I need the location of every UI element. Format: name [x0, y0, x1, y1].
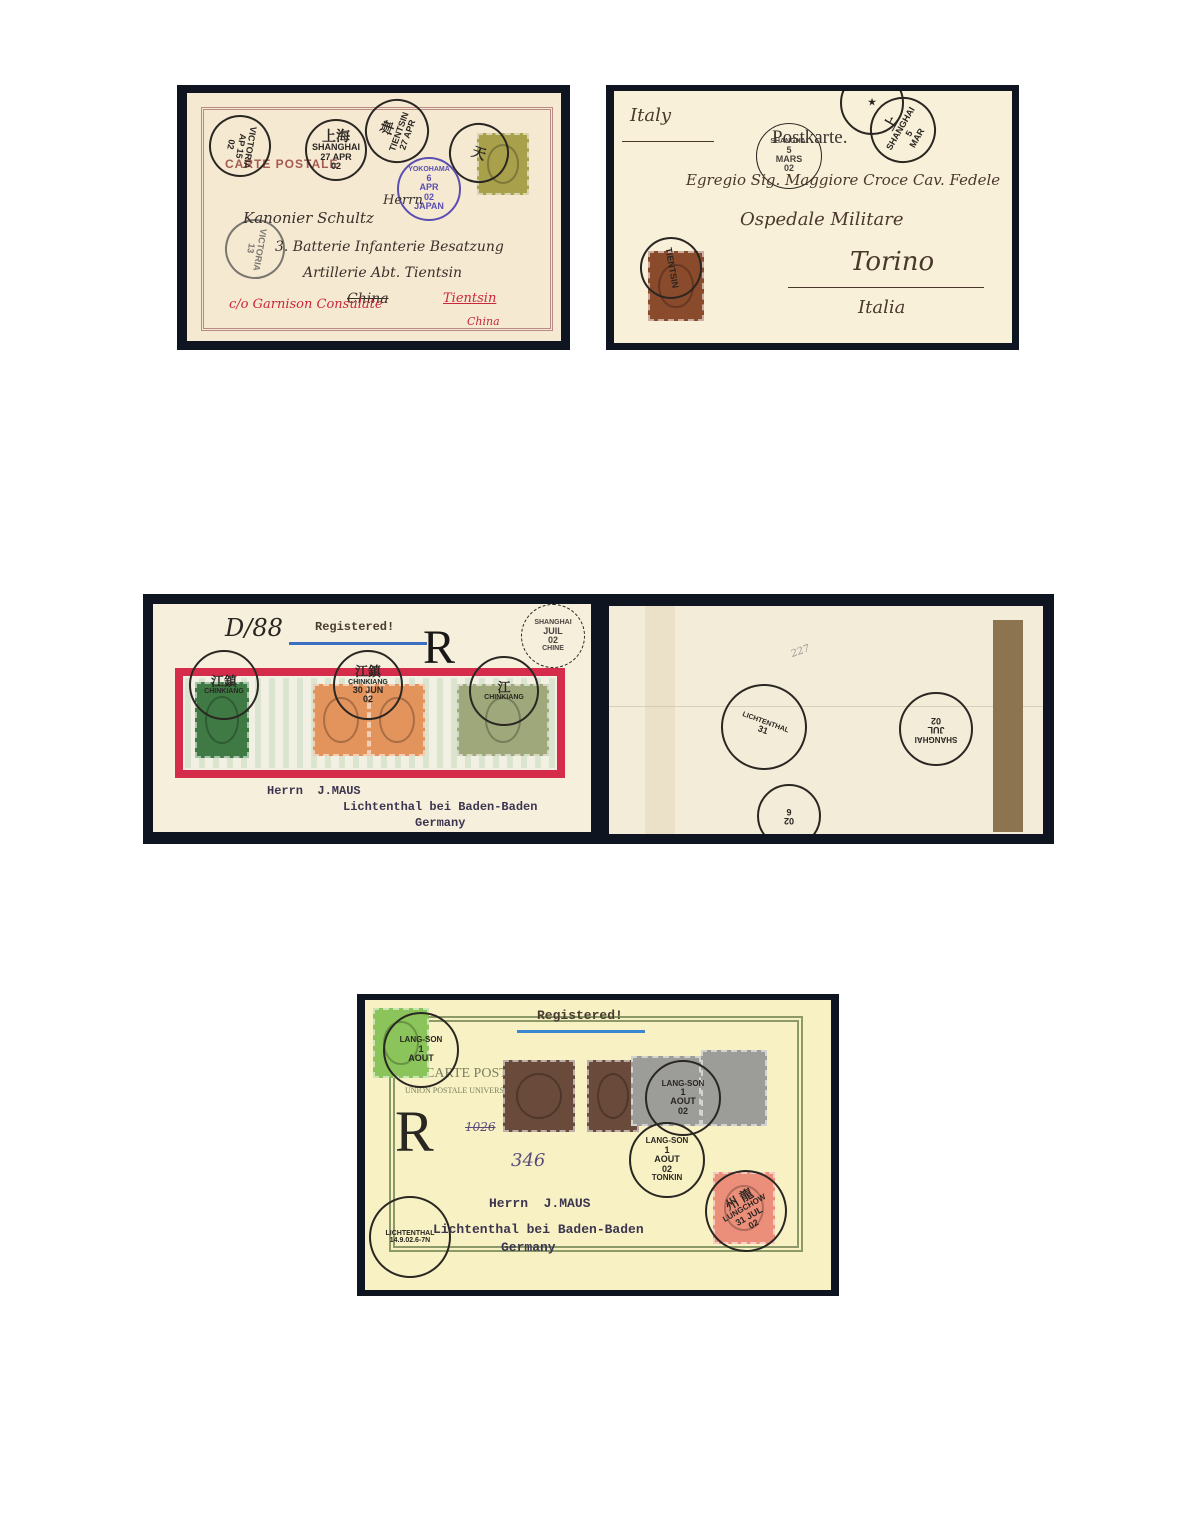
address-line-4: Italia	[858, 297, 905, 318]
registered-label: Registered!	[537, 1008, 623, 1023]
address-line-3: Germany	[415, 816, 465, 830]
address-line-1: Egregio Sig. Maggiore Croce Cav. Fedele	[686, 171, 1000, 189]
item-langson-card: Registered! CARTE POSTALE UNION POSTALE …	[357, 994, 839, 1296]
postmark-lichtenthal: LICHTENTHAL14.9.02.6-7N	[369, 1196, 451, 1278]
note-underline	[622, 141, 714, 142]
address-line-2: Kanonier Schultz	[243, 209, 374, 227]
address-line-1: Herrn	[383, 193, 423, 208]
postmark-partial: 026	[757, 784, 821, 834]
registered-label: Registered!	[315, 620, 394, 634]
red-annotation-consulate: c/o Garnison Consulate	[229, 297, 383, 312]
item-registered-cover: D/88 Registered! R 江鎮CHINKIANG 江鎮CHINKIA…	[143, 594, 1054, 844]
postmark-yokohama: YOKOHAMA6APR02JAPAN	[397, 157, 461, 221]
postmark-langson-tonkin: LANG-SON1AOUT02TONKIN	[629, 1122, 705, 1198]
address-underline	[788, 287, 984, 288]
stamp-brown-4c-1	[503, 1060, 575, 1132]
manuscript-number-1: 1026	[465, 1120, 496, 1134]
cover-front: D/88 Registered! R 江鎮CHINKIANG 江鎮CHINKIA…	[153, 604, 591, 832]
registration-mark: R	[423, 620, 455, 675]
postmark-shanghai: 上海SHANGHAI27 APR02	[305, 119, 367, 181]
manuscript-number-2: 346	[511, 1150, 545, 1171]
blue-underline	[289, 642, 427, 645]
address-line-2: Lichtenthal bei Baden-Baden	[433, 1222, 644, 1237]
postmark-shanghai-chine: SHANGHAIJUIL02CHINE	[521, 604, 585, 668]
red-annotation-tientsin: Tientsin	[443, 291, 496, 306]
item-postkarte-italy: Italy Postkarte. SHANGHAI5MARS02 ★ 上SHAN…	[606, 85, 1019, 350]
postcard: Registered! CARTE POSTALE UNION POSTALE …	[365, 1000, 831, 1290]
manuscript-number: 227	[790, 643, 812, 660]
postmark-shanghai: SHANGHAIJUL02	[899, 692, 973, 766]
manuscript-number: D/88	[225, 614, 283, 642]
address-line-3: Germany	[501, 1240, 556, 1255]
postmark-chinkiang-1: 江鎮CHINKIANG	[189, 650, 259, 720]
blue-underline	[517, 1030, 645, 1033]
note-italy: Italy	[630, 105, 671, 126]
postmark-langson-1: LANG-SON1AOUT	[383, 1012, 459, 1088]
red-annotation-china: China	[467, 315, 500, 328]
address-line-3: Torino	[850, 247, 934, 277]
tape-strip	[993, 620, 1023, 832]
cover-back: 227 LICHTENTHAL31 SHANGHAIJUL02 026	[609, 606, 1043, 834]
address-line-2: Ospedale Militare	[740, 209, 903, 230]
item-hongkong-card: CARTE POSTALE VICTORIAAP 1502 上海SHANGHAI…	[177, 85, 570, 350]
address-line-1: Herrn J.MAUS	[489, 1196, 590, 1211]
address-line-2: Lichtenthal bei Baden-Baden	[343, 800, 537, 814]
postmark-chinkiang-3: 江CHINKIANG	[469, 656, 539, 726]
postcard: Italy Postkarte. SHANGHAI5MARS02 ★ 上SHAN…	[614, 91, 1012, 343]
address-line-1: Herrn J.MAUS	[267, 784, 361, 798]
postcard: CARTE POSTALE VICTORIAAP 1502 上海SHANGHAI…	[187, 93, 561, 341]
postmark-chinkiang-2: 江鎮CHINKIANG30 JUN02	[333, 650, 403, 720]
address-line-4: Artillerie Abt. Tientsin	[303, 265, 462, 281]
registration-mark: R	[395, 1098, 434, 1165]
postmark-lichtenthal: LICHTENTHAL31	[709, 672, 819, 782]
address-line-3: 3. Batterie Infanterie Besatzung	[275, 239, 504, 255]
left-flap	[645, 606, 675, 834]
